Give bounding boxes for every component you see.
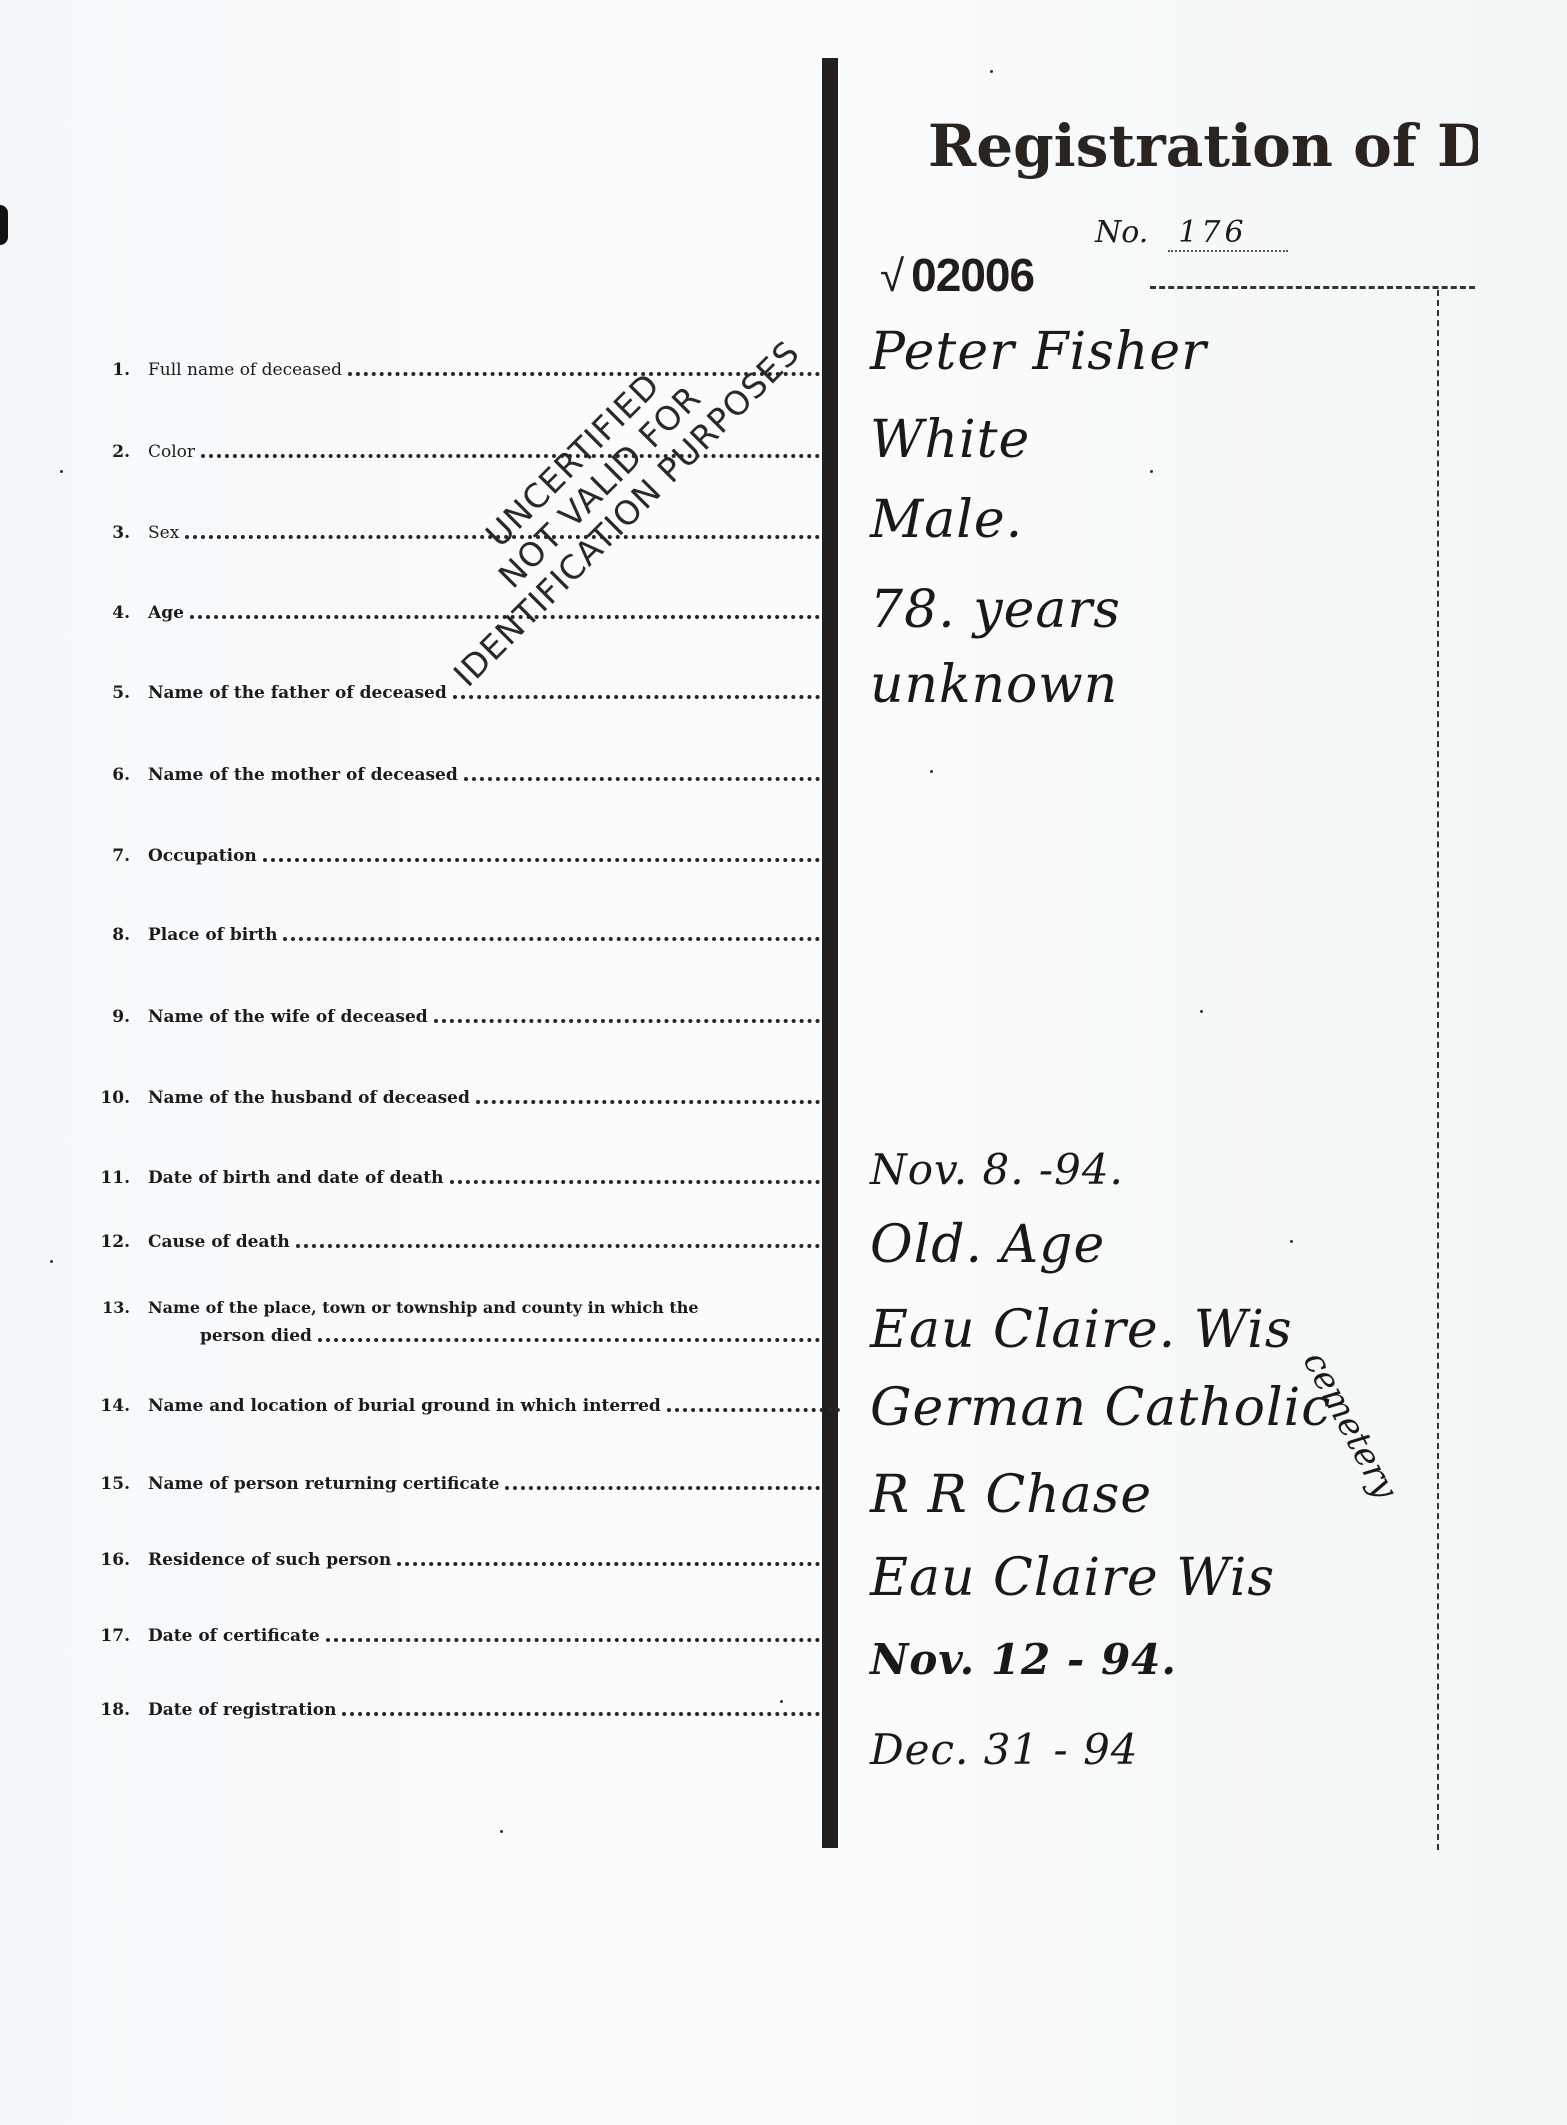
title-clip: Registration of De [838, 90, 1478, 200]
dotted-leader [397, 1562, 820, 1566]
field-row-3: 3.Sex [100, 523, 820, 543]
field-label: Sex [148, 523, 179, 543]
speck [50, 1260, 53, 1263]
field-row-8: 8.Place of birth [100, 925, 820, 945]
value-full-name: Peter Fisher [870, 322, 1207, 382]
field-number: 14. [100, 1396, 130, 1416]
field-label: Name of the father of deceased [148, 683, 447, 703]
number-value: 176 [1168, 215, 1287, 252]
field-number: 11. [100, 1168, 130, 1188]
dotted-leader [464, 777, 820, 781]
value-cause: Old. Age [870, 1215, 1105, 1275]
stamp-number-value: 02006 [911, 249, 1034, 301]
value-dates: Nov. 8. -94. [870, 1145, 1124, 1194]
stamp-number: √02006 [880, 248, 1034, 302]
field-label: Date of birth and date of death [148, 1168, 444, 1188]
punch-hole-mark [0, 205, 8, 245]
field-row-13-cont: person died [200, 1326, 820, 1346]
field-row-7: 7.Occupation [100, 846, 820, 866]
field-label-continued: person died [200, 1326, 312, 1346]
field-label: Name of the wife of deceased [148, 1007, 428, 1027]
value-person-returning: R R Chase [870, 1465, 1152, 1525]
dotted-leader [342, 1712, 820, 1716]
field-label: Color [148, 442, 195, 462]
field-row-14: 14.Name and location of burial ground in… [100, 1396, 840, 1416]
dotted-leader [201, 454, 820, 458]
field-number: 9. [100, 1007, 130, 1027]
field-row-2: 2.Color [100, 442, 820, 462]
field-row-5: 5.Name of the father of deceased [100, 683, 820, 703]
field-row-1: 1.Full name of deceased [100, 360, 820, 380]
field-row-10: 10.Name of the husband of deceased [100, 1088, 820, 1108]
field-number: 1. [100, 360, 130, 380]
value-place-of-death: Eau Claire. Wis [870, 1300, 1293, 1360]
field-number: 17. [100, 1626, 130, 1646]
value-sex: Male. [870, 490, 1023, 550]
speck [990, 70, 993, 73]
field-label: Residence of such person [148, 1550, 391, 1570]
field-row-11: 11.Date of birth and date of death [100, 1168, 820, 1188]
field-number: 12. [100, 1232, 130, 1252]
dotted-leader [263, 858, 820, 862]
field-number: 7. [100, 846, 130, 866]
field-label: Place of birth [148, 925, 277, 945]
field-row-17: 17.Date of certificate [100, 1626, 820, 1646]
field-row-13: 13.Name of the place, town or township a… [100, 1298, 820, 1317]
registration-number: No.176 [1095, 215, 1288, 250]
field-label: Age [148, 603, 184, 623]
field-label: Name of the husband of deceased [148, 1088, 470, 1108]
value-age: 78. years [870, 580, 1121, 640]
value-father: unknown [870, 655, 1118, 715]
uncertified-watermark: UNCERTIFIED NOT VALID FOR IDENTIFICATION… [390, 277, 810, 697]
field-row-18: 18.Date of registration [100, 1700, 820, 1720]
field-label: Name of the place, town or township and … [148, 1298, 699, 1317]
speck [930, 770, 933, 773]
document-page: Registration of De No.176 √02006 UNCERTI… [0, 0, 1567, 2125]
field-number: 2. [100, 442, 130, 462]
value-color: White [870, 410, 1030, 470]
dotted-leader [318, 1338, 820, 1342]
field-row-12: 12.Cause of death [100, 1232, 820, 1252]
field-number: 13. [100, 1298, 130, 1317]
field-label: Date of registration [148, 1700, 336, 1720]
field-number: 5. [100, 683, 130, 703]
field-number: 6. [100, 765, 130, 785]
speck [780, 1700, 783, 1703]
field-number: 4. [100, 603, 130, 623]
dotted-leader [476, 1100, 820, 1104]
field-number: 3. [100, 523, 130, 543]
speck [1150, 470, 1153, 473]
field-label: Date of certificate [148, 1626, 320, 1646]
document-title: Registration of De [928, 112, 1478, 180]
stamp-rule [1150, 286, 1475, 289]
field-number: 15. [100, 1474, 130, 1494]
value-burial-ground: German Catholic [870, 1378, 1331, 1438]
field-label: Name of person returning certificate [148, 1474, 499, 1494]
field-label: Occupation [148, 846, 257, 866]
field-number: 18. [100, 1700, 130, 1720]
field-number: 16. [100, 1550, 130, 1570]
field-row-4: 4.Age [100, 603, 820, 623]
check-mark-icon: √ [880, 252, 903, 301]
dotted-leader [185, 535, 820, 539]
dotted-leader [434, 1019, 820, 1023]
column-divider [822, 58, 838, 1848]
dotted-leader [505, 1486, 820, 1490]
field-label: Name and location of burial ground in wh… [148, 1396, 661, 1416]
dotted-leader [450, 1180, 820, 1184]
dotted-leader [667, 1408, 840, 1412]
dotted-leader [326, 1638, 820, 1642]
field-row-15: 15.Name of person returning certificate [100, 1474, 820, 1494]
field-number: 8. [100, 925, 130, 945]
value-residence: Eau Claire Wis [870, 1548, 1275, 1608]
speck [500, 1830, 503, 1833]
speck [60, 470, 63, 473]
speck [1200, 1010, 1203, 1013]
value-date-certificate: Nov. 12 - 94. [870, 1635, 1177, 1684]
field-label: Full name of deceased [148, 360, 342, 380]
number-label: No. [1095, 215, 1148, 250]
dotted-leader [453, 695, 820, 699]
field-number: 10. [100, 1088, 130, 1108]
dotted-leader [190, 615, 820, 619]
speck [1290, 1240, 1293, 1243]
dotted-leader [348, 372, 820, 376]
dotted-leader [283, 937, 820, 941]
field-row-9: 9.Name of the wife of deceased [100, 1007, 820, 1027]
field-row-6: 6.Name of the mother of deceased [100, 765, 820, 785]
field-label: Name of the mother of deceased [148, 765, 458, 785]
value-date-registration: Dec. 31 - 94 [870, 1725, 1139, 1774]
dotted-leader [296, 1244, 820, 1248]
field-label: Cause of death [148, 1232, 290, 1252]
right-border-line [1437, 290, 1439, 1850]
field-row-16: 16.Residence of such person [100, 1550, 820, 1570]
